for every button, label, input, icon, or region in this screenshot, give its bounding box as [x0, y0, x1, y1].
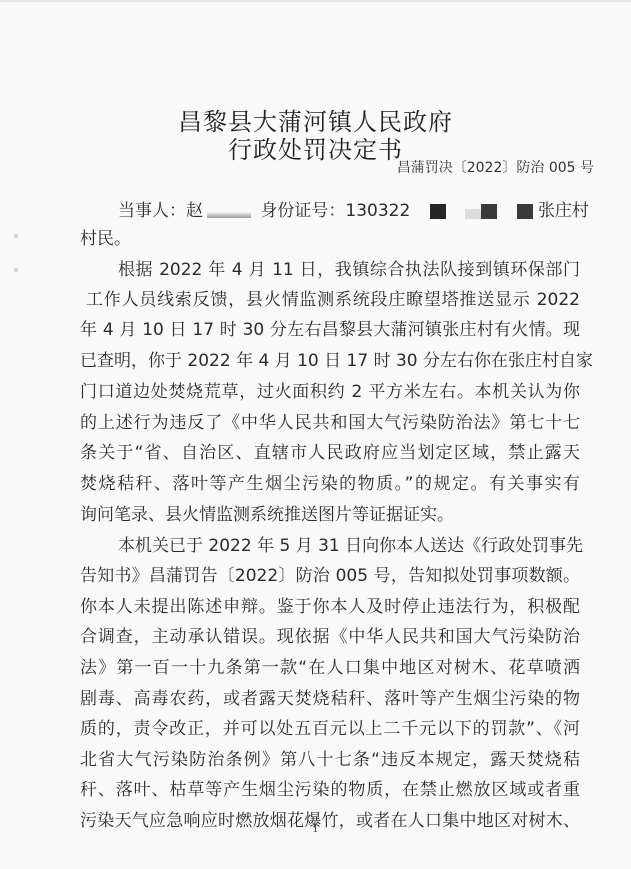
document-number: 昌蒲罚决〔2022〕防治 005 号	[397, 157, 594, 177]
document-page: 昌黎县大蒲河镇人民政府 行政处罚决定书 昌蒲罚决〔2022〕防治 005 号 当…	[0, 0, 631, 869]
body-line: 根据 2022 年 4 月 11 日，我镇综合执法队接到镇环保部门	[118, 259, 580, 281]
punch-hole-mark	[14, 268, 18, 272]
id-prefix: 130322	[345, 201, 410, 221]
body-line: 本机关已于 2022 年 5 月 31 日向你本人送达《行政处罚事先	[118, 535, 580, 557]
body-line: 质的，责令改正，并可以处五百元以上二千元以下的罚款”、《河	[80, 718, 580, 740]
redacted-name	[207, 212, 251, 218]
redacted-id-block	[517, 204, 533, 219]
body-line: 工作人员线索反馈，县火情监测系统段庄瞭望塔推送显示 2022	[86, 289, 580, 311]
party-village: 张庄村	[538, 201, 589, 221]
body-line: 法》第一百一十九条第一款“在人口集中地区对树木、花草喷洒	[80, 657, 580, 679]
body-line: 焚烧秸秆、落叶等产生烟尘污染的物质。”的规定。有关事实有	[80, 473, 580, 495]
party-line: 当事人：赵 身份证号：130322 张庄村	[118, 200, 580, 222]
body-line: 北省大气污染防治条例》第八十七条“违反本规定，露天焚烧秸	[80, 749, 580, 771]
page-number: 1	[0, 824, 631, 835]
body-line: 秆、落叶、枯草等产生烟尘污染的物质，在禁止燃放区域或者重	[80, 779, 580, 801]
redacted-id-block	[430, 204, 446, 219]
body-line: 条关于“省、自治区、直辖市人民政府应当划定区域，禁止露天	[80, 442, 580, 464]
body-line: 合调查，主动承认错误。现依据《中华人民共和国大气污染防治	[80, 626, 580, 648]
body-line: 年 4 月 10 日 17 时 30 分左右昌黎县大蒲河镇张庄村有火情。现	[80, 319, 580, 341]
body-line: 已查明，你于 2022 年 4 月 10 日 17 时 30 分左右你在张庄村自…	[80, 350, 580, 372]
party-line-2: 村民。	[80, 228, 580, 250]
redacted-id-block	[465, 204, 497, 219]
body-line: 的上述行为违反了《中华人民共和国大气污染防治法》第七十七	[80, 412, 580, 434]
body-line: 询问笔录、县火情监测系统推送图片等证据证实。	[80, 504, 580, 526]
id-label: 身份证号：	[260, 201, 345, 221]
body-line: 剧毒、高毒农药，或者露天焚烧秸秆、落叶等产生烟尘污染的物	[80, 688, 580, 710]
body-line: 门口道边处焚烧荒草，过火面积约 2 平方米左右。本机关认为你	[80, 381, 580, 403]
punch-hole-mark	[14, 234, 18, 238]
party-surname: 赵	[186, 201, 203, 221]
body-line: 告知书》昌蒲罚告〔2022〕防治 005 号，告知拟处罚事项数额。	[80, 565, 580, 587]
body-line: 你本人未提出陈述申辩。鉴于你本人及时停止违法行为，积极配	[80, 596, 580, 618]
party-label: 当事人：	[118, 201, 186, 221]
